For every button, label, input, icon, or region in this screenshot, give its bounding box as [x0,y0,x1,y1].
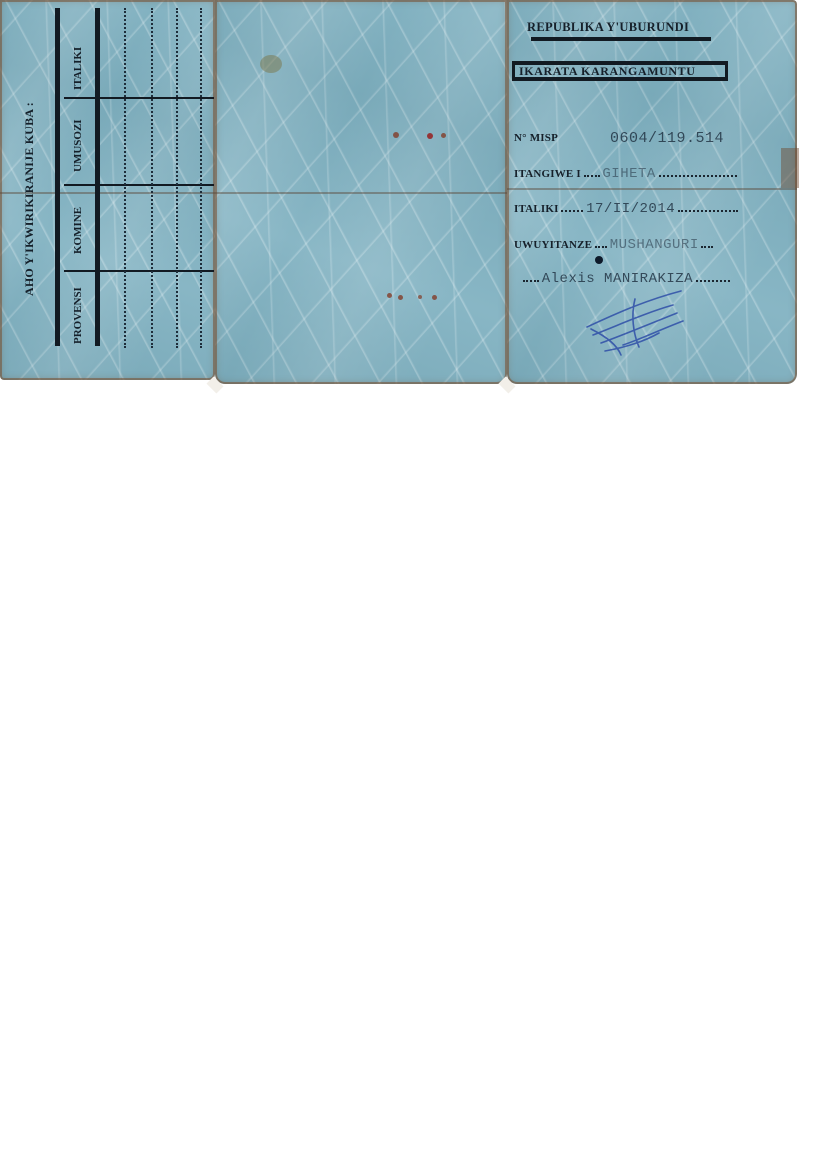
staple-hole [387,293,392,298]
left-panel-residence-table: AHO Y'IKWIRIKIRANIJE KUBA : PROVENSI KOM… [0,0,215,380]
card-title: IKARATA KARANGAMUNTU [519,64,696,79]
staple-hole [432,295,437,300]
staple-hole [441,133,446,138]
dotted-leader [595,237,607,248]
dotted-leader [584,166,600,177]
column-divider [64,184,214,186]
dotted-leader [659,166,737,177]
column-header-komine: KOMINE [72,207,84,254]
field-value-italiki: 17/II/2014 [586,201,675,217]
column-header-umusozi: UMUSOZI [72,119,84,172]
field-label-italiki: ITALIKI [514,203,559,215]
republic-title: REPUBLIKA Y'UBURUNDI [527,20,689,35]
title-underline [531,37,711,41]
dotted-leader [561,201,583,212]
middle-panel-blank [215,0,507,384]
column-divider [64,97,214,99]
card-title-box: IKARATA KARANGAMUNTU [512,61,728,81]
worn-edge [781,148,799,188]
staple-hole [398,295,403,300]
stain-mark [260,55,282,73]
dotted-leader [678,201,738,212]
ink-blot [595,256,603,264]
dotted-leader [523,271,539,282]
column-divider [64,270,214,272]
dotted-leader [696,271,730,282]
column-header-italiki: ITALIKI [72,47,84,90]
field-label-itangiwe: ITANGIWE I [514,168,581,180]
field-value-misp: 0604/119.514 [610,130,724,147]
field-itangiwe: ITANGIWE I GIHETA [514,166,737,182]
staple-hole [393,132,399,138]
column-header-provensi: PROVENSI [72,287,84,344]
signature-icon [583,285,693,360]
staple-hole [427,133,433,139]
field-misp: N° MISP 0604/119.514 [514,132,558,148]
identity-card: AHO Y'IKWIRIKIRANIJE KUBA : PROVENSI KOM… [0,0,800,386]
entry-row-dotted-line [200,8,202,348]
entry-row-dotted-line [151,8,153,348]
right-panel-id-details: REPUBLIKA Y'UBURUNDI IKARATA KARANGAMUNT… [507,0,797,384]
field-label-uwuyitanze: UWUYITANZE [514,239,592,251]
staple-hole [418,295,422,299]
entry-row-dotted-line [176,8,178,348]
field-label-misp: N° MISP [514,132,558,144]
table-border-header [95,8,100,346]
field-uwuyitanze: UWUYITANZE MUSHANGURI [514,237,713,253]
residence-heading: AHO Y'IKWIRIKIRANIJE KUBA : [22,56,37,296]
table-border-outer [55,8,60,346]
entry-row-dotted-line [124,8,126,348]
field-value-itangiwe: GIHETA [602,166,655,182]
dotted-leader [701,237,713,248]
fold-line [507,188,797,190]
field-italiki: ITALIKI 17/II/2014 [514,201,738,217]
field-value-uwuyitanze: MUSHANGURI [610,237,699,253]
fold-line [215,192,507,194]
